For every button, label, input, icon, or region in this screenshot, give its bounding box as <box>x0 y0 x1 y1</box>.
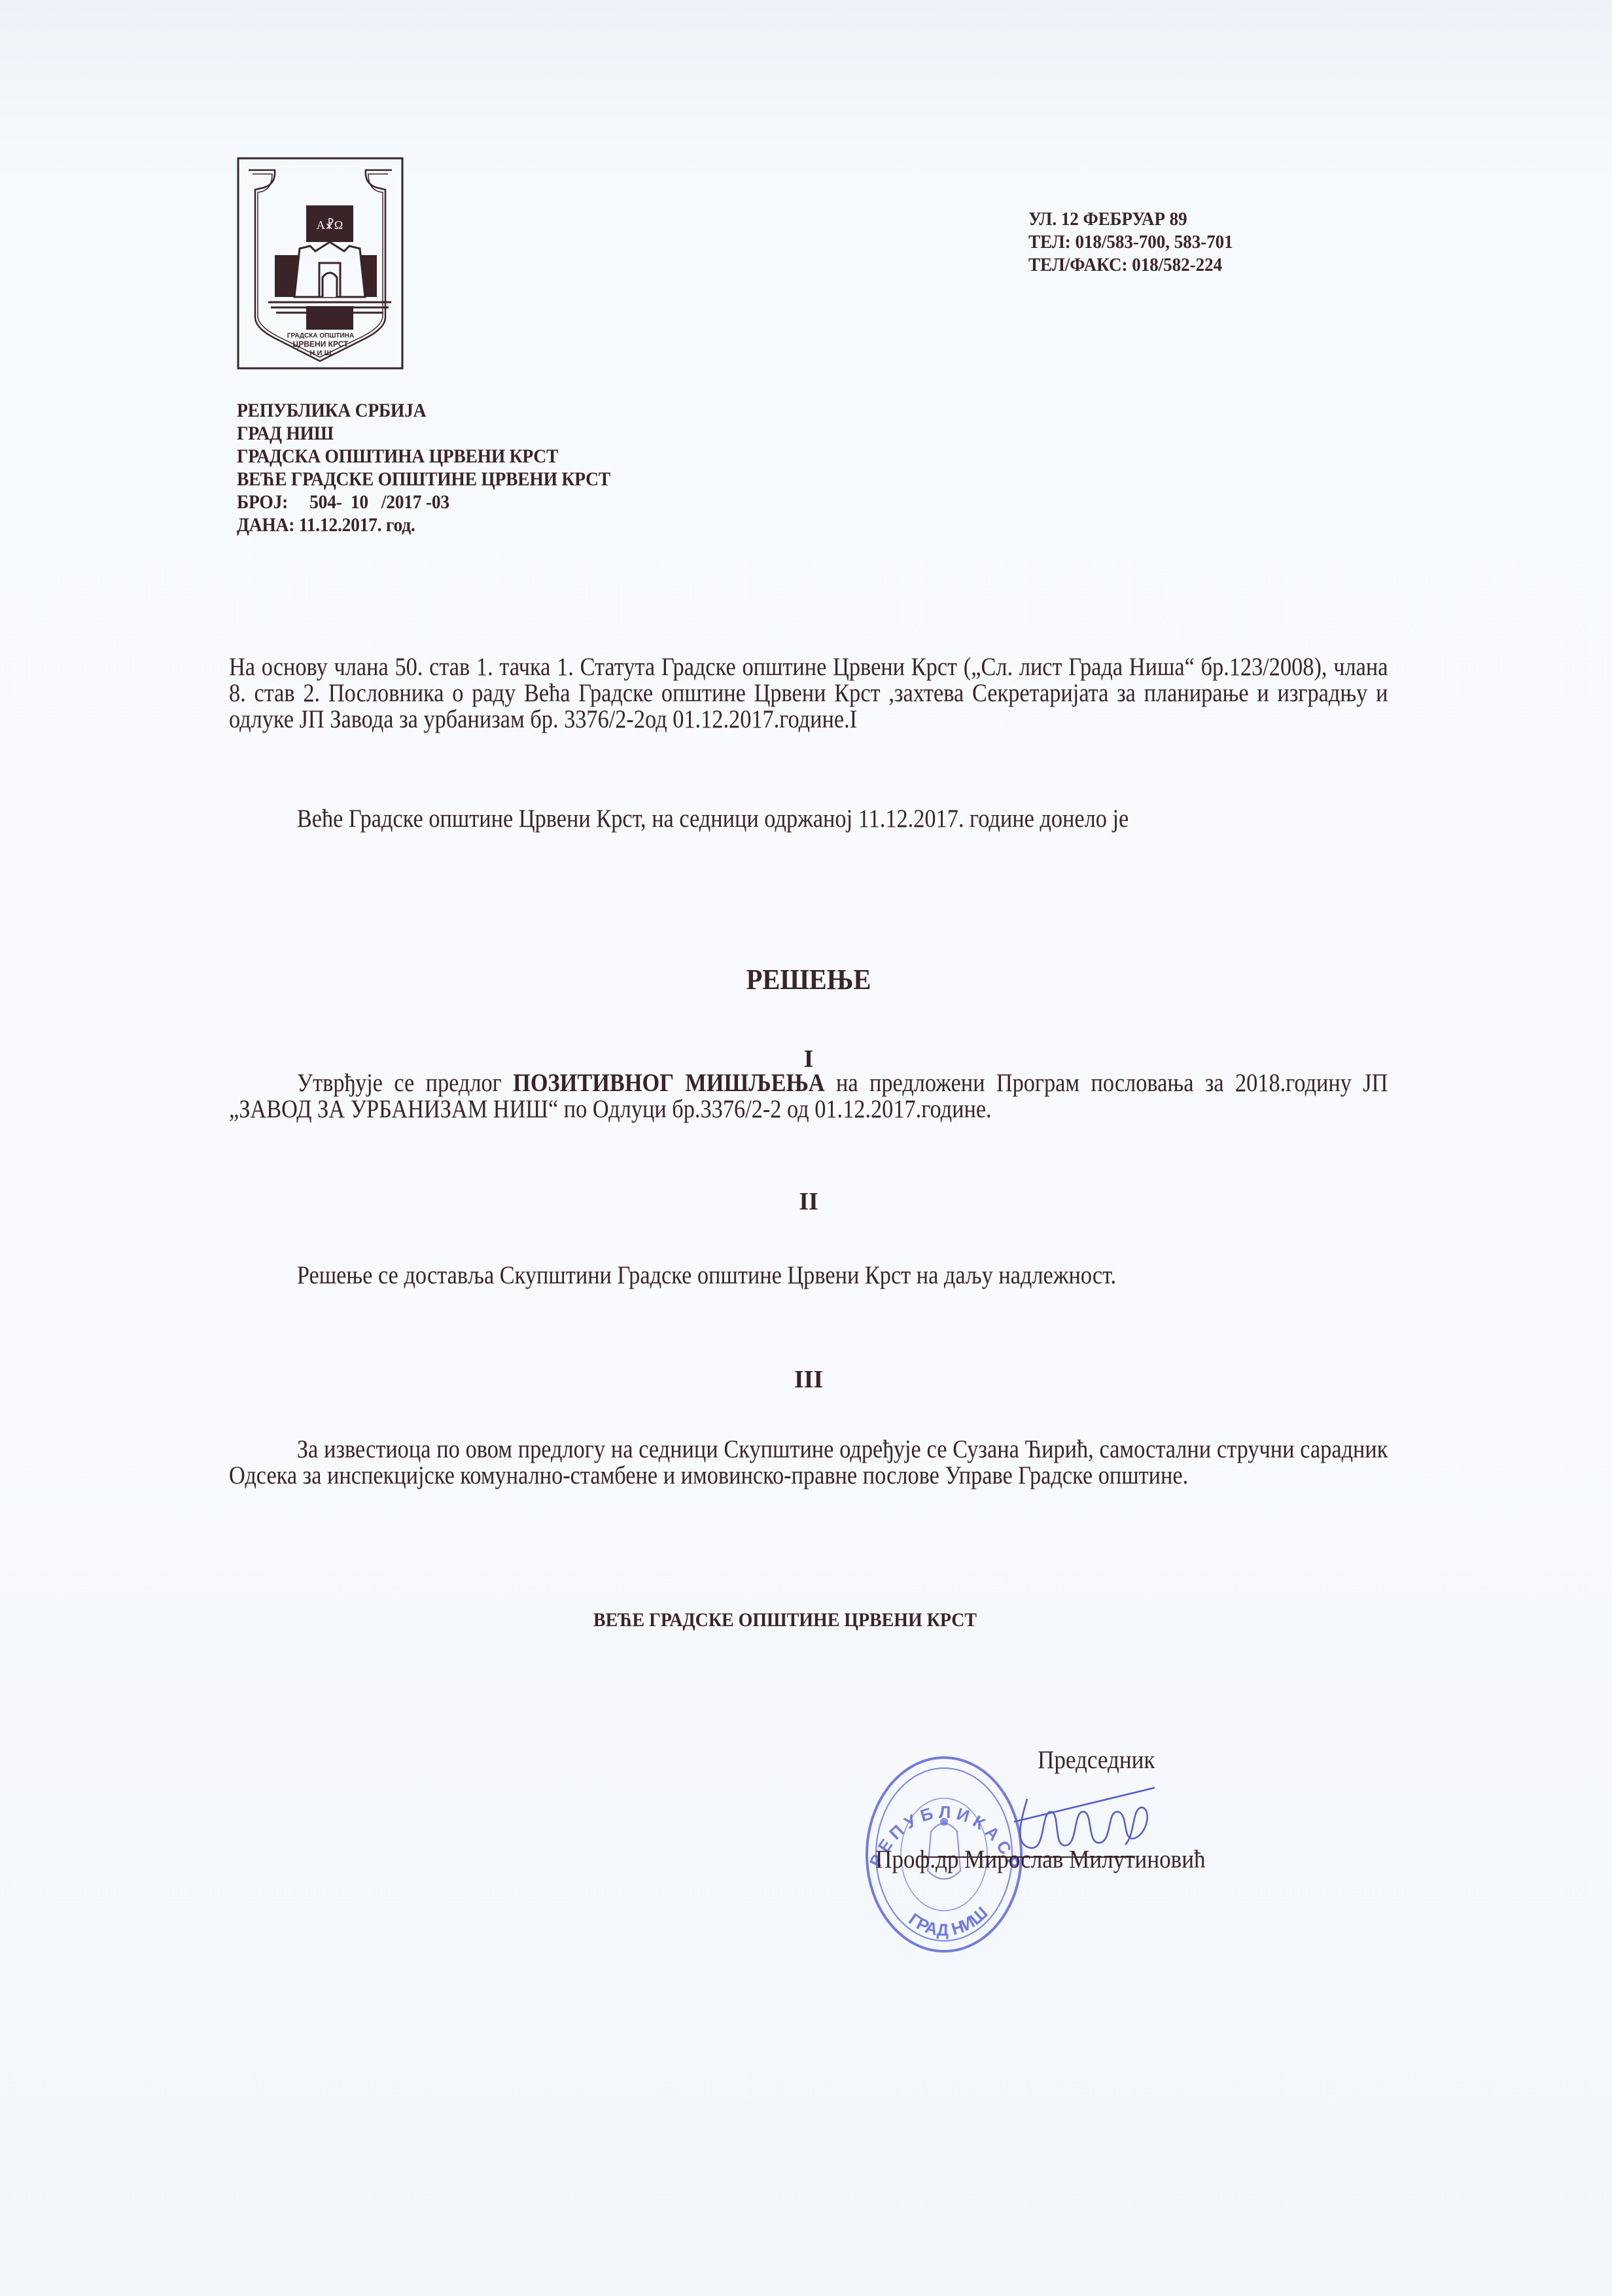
section-numeral-2: II <box>229 1187 1388 1216</box>
council-signature-heading: ВЕЋЕ ГРАДСКЕ ОПШТИНЕ ЦРВЕНИ КРСТ <box>512 1609 1059 1631</box>
section-numeral-3: III <box>229 1365 1388 1394</box>
signature-icon <box>1001 1783 1171 1854</box>
institution-block: РЕПУБЛИКА СРБИЈА ГРАД НИШ ГРАДСКА ОПШТИН… <box>237 399 610 536</box>
municipality-line: ГРАДСКА ОПШТИНА ЦРВЕНИ КРСТ <box>237 445 610 468</box>
municipality-crest-icon: A☧Ω ГРАДСКА ОПШТИНА ЦРВЕНИ КРСТ Н И Ш <box>237 157 404 370</box>
svg-text:ГРАДСКА ОПШТИНА: ГРАДСКА ОПШТИНА <box>287 332 354 339</box>
document-title: РЕШЕЊЕ <box>275 963 1342 996</box>
svg-text:A☧Ω: A☧Ω <box>317 218 343 232</box>
intro-paragraph: Веће Градске општине Црвени Крст, на сед… <box>229 806 1388 832</box>
contact-block: УЛ. 12 ФЕБРУАР 89 ТЕЛ: 018/583-700, 583-… <box>1028 208 1233 277</box>
section-3-paragraph: За известиоца по овом предлогу на седниц… <box>229 1436 1388 1489</box>
phone-line: ТЕЛ: 018/583-700, 583-701 <box>1028 231 1233 254</box>
section-1-paragraph: Утврђује се предлог ПОЗИТИВНОГ МИШЉЕЊА н… <box>229 1070 1388 1122</box>
section-1-text-before: Утврђује се предлог <box>297 1069 513 1097</box>
president-label: Председник <box>1038 1745 1155 1775</box>
president-name: Проф.др Мирослав Милутиновић <box>875 1845 1206 1874</box>
section-2-paragraph: Решење се доставља Скупштини Градске опш… <box>229 1262 1388 1289</box>
reference-number: БРОЈ: 504- 10 /2017 -03 <box>237 491 610 513</box>
republic-line: РЕПУБЛИКА СРБИЈА <box>237 399 610 422</box>
svg-text:Н И Ш: Н И Ш <box>309 349 331 357</box>
address-line: УЛ. 12 ФЕБРУАР 89 <box>1028 208 1233 231</box>
city-line: ГРАД НИШ <box>237 422 610 445</box>
preamble-paragraph: На основу члана 50. став 1. тачка 1. Ста… <box>229 654 1388 733</box>
positive-opinion-emphasis: ПОЗИТИВНОГ МИШЉЕЊА <box>513 1069 825 1097</box>
fax-line: ТЕЛ/ФАКС: 018/582-224 <box>1028 254 1233 277</box>
document-date: ДАНА: 11.12.2017. год. <box>237 513 610 536</box>
council-line: ВЕЋЕ ГРАДСКЕ ОПШТИНЕ ЦРВЕНИ КРСТ <box>237 468 610 491</box>
svg-text:ЦРВЕНИ КРСТ: ЦРВЕНИ КРСТ <box>293 339 349 349</box>
